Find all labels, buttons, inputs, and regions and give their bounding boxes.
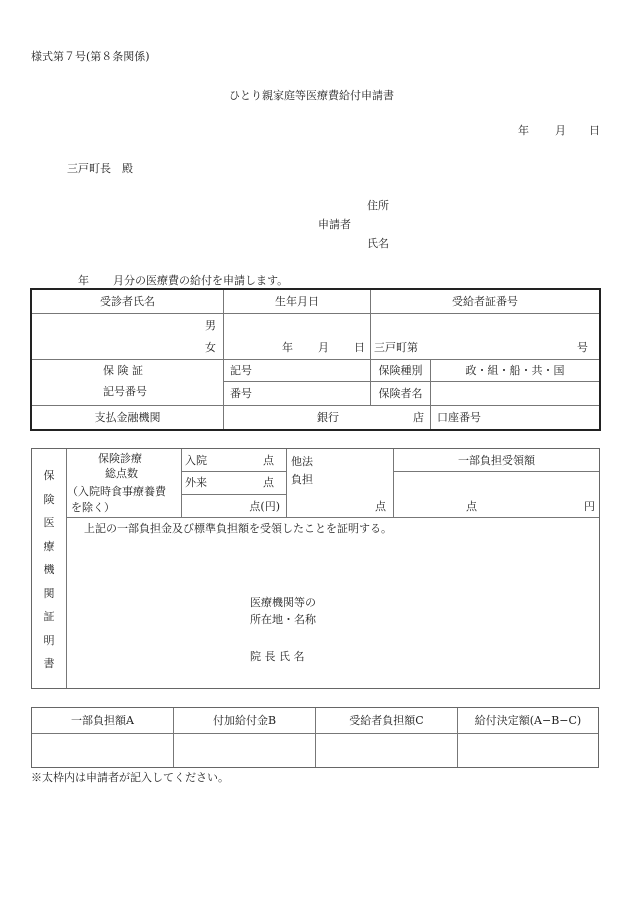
certification-statement: 上記の一部負担金及び標準負担額を受領したことを証明する。 [84,523,392,534]
value-partial-burden-a[interactable] [32,734,173,767]
value-benefit-decision[interactable] [458,734,598,767]
header-recipient-burden-c: 受給者負担額C [316,708,457,733]
account-number-label: 口座番号 [437,412,481,423]
date-day-label: 日 [589,125,600,136]
header-partial-burden-a: 一部負担額A [32,708,173,733]
insurance-symbol-field[interactable]: 記号 [224,360,370,381]
certification-side-label: 保 険 医 療 機 関 証 明 書 [32,464,66,676]
other-law-line1: 他法 [291,456,313,467]
other-law-unit: 点 [375,501,386,512]
date-month-label: 月 [555,125,566,136]
date-year-label: 年 [518,125,529,136]
footnote: ※太枠内は申請者が記入してください。 [31,772,229,783]
insurance-number-field[interactable]: 番号 [224,382,370,405]
value-recipient-burden-c[interactable] [316,734,457,767]
other-law-line2: 負担 [291,474,313,485]
birth-year-label: 年 [282,342,293,353]
page-title: ひとり親家庭等医療費給付申請書 [229,90,394,101]
gender-female-option[interactable]: 女 [205,342,216,353]
partial-received-points-unit: 点 [466,501,477,512]
outpatient-label: 外来 [185,477,207,488]
header-certificate-number: 受給者証番号 [371,290,599,313]
bank-suffix: 銀行 [317,412,339,423]
header-additional-benefit-b: 付加給付金B [174,708,315,733]
insurer-name-label: 保険者名 [371,382,430,405]
request-text: 月分の医療費の給付を申請します。 [113,275,288,286]
birth-month-label: 月 [318,342,329,353]
header-patient-name: 受診者氏名 [32,290,223,313]
applicant-name-label: 氏名 [367,238,389,249]
applicant-address-label: 住所 [367,200,389,211]
request-year-label: 年 [78,275,89,286]
header-birth-date: 生年月日 [224,290,370,313]
insurance-number-label: 番号 [230,388,252,399]
inpatient-unit: 点 [263,455,274,466]
institution-label-line2: 所在地・名称 [250,614,316,625]
insurance-type-options[interactable]: 政・組・船・共・国 [431,360,599,381]
insurance-symbol-label: 記号 [230,365,252,376]
points-label-line1: 保険診療 [98,453,142,464]
birth-day-label: 日 [354,342,365,353]
applicant-label: 申請者 [318,219,351,230]
account-number-field[interactable]: 口座番号 [431,406,599,429]
addressee: 三戸町長 殿 [67,163,133,174]
branch-suffix: 店 [413,412,424,423]
form-number: 様式第７号(第８条関係) [31,51,150,62]
insurer-name-field[interactable] [431,382,599,405]
outpatient-unit: 点 [263,477,274,488]
header-benefit-decision: 給付決定額(A−B−C) [458,708,598,733]
inpatient-label: 入院 [185,455,207,466]
cert-suffix: 号 [577,342,588,353]
bank-label: 支払金融機関 [32,406,223,429]
value-additional-benefit-b[interactable] [174,734,315,767]
insurance-label-line2: 記号番号 [103,386,147,397]
partial-received-label: 一部負担受領額 [394,449,599,471]
cert-prefix: 三戸町第 [374,342,418,353]
points-label-line2: 総点数 [105,468,138,479]
director-name-label: 院 長 氏 名 [250,651,305,662]
total-points-unit: 点(円) [249,501,280,512]
insurance-type-label: 保険種別 [371,360,430,381]
insurance-label-line1: 保 険 証 [103,365,143,376]
patient-name-field[interactable] [32,314,182,359]
total-points-field[interactable]: 点(円) [182,495,286,517]
partial-received-yen-unit: 円 [584,501,595,512]
points-label-line3: （入院時食事療養費 [67,486,166,497]
gender-male-option[interactable]: 男 [205,320,216,331]
points-label-line4: を除く） [71,502,115,513]
institution-label-line1: 医療機関等の [250,597,316,608]
